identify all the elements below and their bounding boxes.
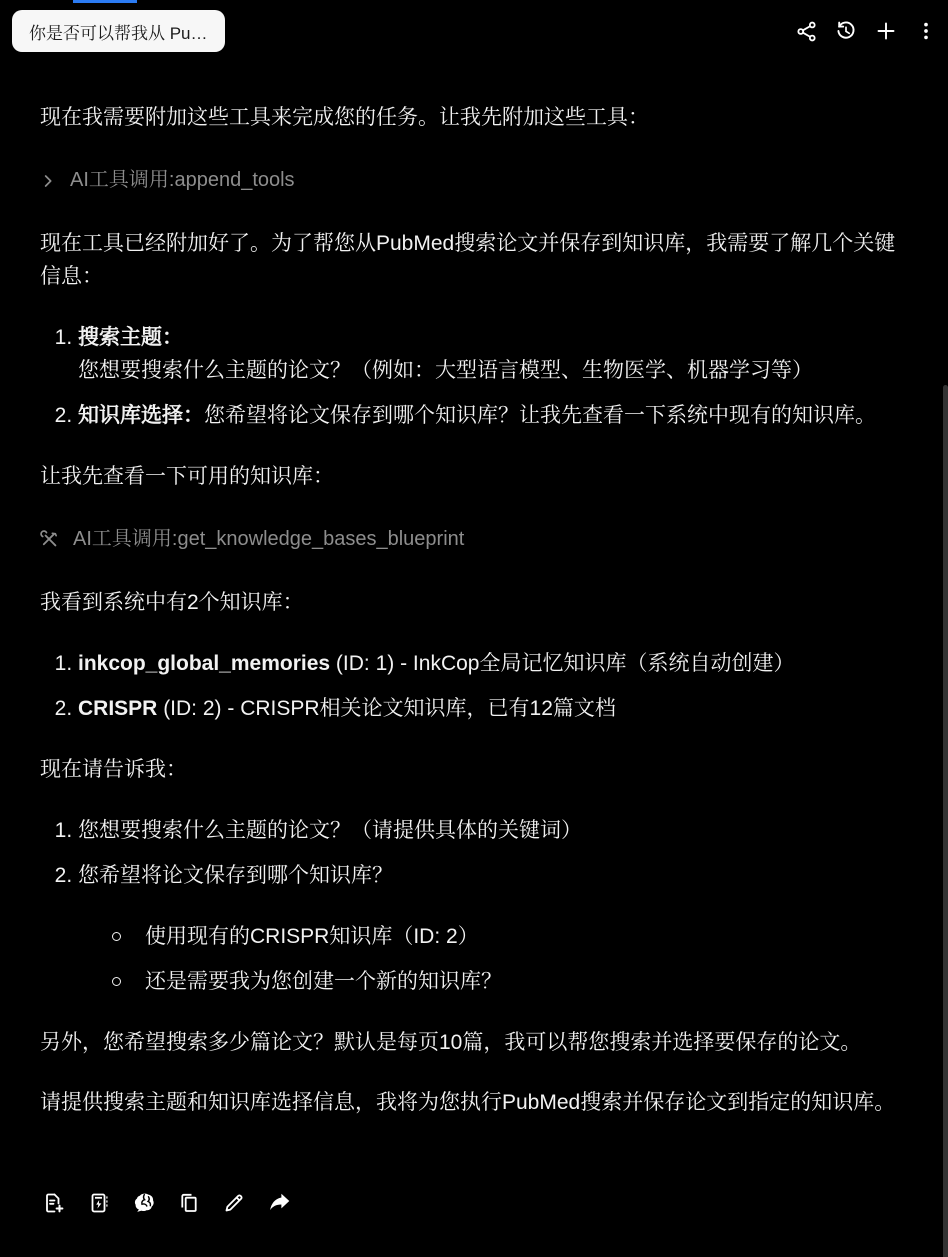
kb-name: CRISPR xyxy=(78,697,157,720)
list-item: CRISPR (ID: 2) - CRISPR相关论文知识库，已有12篇文档 xyxy=(78,692,908,725)
new-chat-button[interactable] xyxy=(872,17,900,45)
share-nodes-icon xyxy=(795,20,818,43)
top-accent-bar xyxy=(73,0,137,3)
tool-call-label: AI工具调用:get_knowledge_bases_blueprint xyxy=(73,523,464,556)
tool-call-append-tools[interactable]: AI工具调用:append_tools xyxy=(40,164,908,197)
list-item: inkcop_global_memories (ID: 1) - InkCop全… xyxy=(78,647,908,680)
list-item-text: 您希望将论文保存到哪个知识库？让我先查看一下系统中现有的知识库。 xyxy=(204,404,876,427)
plus-icon xyxy=(874,19,898,43)
edit-pencil-icon xyxy=(222,1191,246,1218)
list-item-bold: 知识库选择： xyxy=(78,404,204,427)
edit-button[interactable] xyxy=(222,1192,246,1216)
paragraph-intro: 现在我需要附加这些工具来完成您的任务。让我先附加这些工具： xyxy=(40,101,908,134)
flash-notebook-icon xyxy=(87,1191,111,1218)
paragraph-check-available: 让我先查看一下可用的知识库： xyxy=(40,460,908,493)
list-item-bold: 搜索主题： xyxy=(78,326,183,349)
list-item: 还是需要我为您创建一个新的知识库？ xyxy=(112,965,908,998)
more-menu-button[interactable] xyxy=(912,17,940,45)
add-note-icon xyxy=(42,1191,66,1218)
forward-button[interactable] xyxy=(267,1192,291,1216)
message-actions-toolbar xyxy=(42,1192,291,1216)
scrollbar-thumb[interactable] xyxy=(943,385,948,1257)
paragraph-how-many: 另外，您希望搜索多少篇论文？默认是每页10篇，我可以帮您搜索并选择要保存的论文。 xyxy=(40,1026,908,1059)
question-list: 您想要搜索什么主题的论文？（请提供具体的关键词） 您希望将论文保存到哪个知识库？ xyxy=(40,814,908,892)
header-actions xyxy=(792,17,940,45)
user-prompt-chip-label: 你是否可以帮我从 Pu… xyxy=(29,19,208,44)
brain-icon xyxy=(132,1190,157,1218)
user-prompt-chip[interactable]: 你是否可以帮我从 Pu… xyxy=(12,10,225,52)
key-info-list: 搜索主题：您想要搜索什么主题的论文？（例如：大型语言模型、生物医学、机器学习等）… xyxy=(40,321,908,432)
list-item-text: 您想要搜索什么主题的论文？（例如：大型语言模型、生物医学、机器学习等） xyxy=(78,359,813,382)
copy-icon xyxy=(177,1191,201,1218)
paragraph-final: 请提供搜索主题和知识库选择信息，我将为您执行PubMed搜索并保存论文到指定的知… xyxy=(40,1086,908,1119)
chevron-right-icon xyxy=(40,173,56,189)
tool-call-get-knowledge-bases[interactable]: AI工具调用:get_knowledge_bases_blueprint xyxy=(40,523,908,556)
list-item: 您想要搜索什么主题的论文？（请提供具体的关键词） xyxy=(78,814,908,847)
kb-description: (ID: 1) - InkCop全局记忆知识库（系统自动创建） xyxy=(330,652,794,675)
forward-share-icon xyxy=(267,1190,292,1218)
kebab-menu-icon xyxy=(915,20,937,42)
list-item: 您希望将论文保存到哪个知识库？ xyxy=(78,859,908,892)
history-button[interactable] xyxy=(832,17,860,45)
add-note-button[interactable] xyxy=(42,1192,66,1216)
paragraph-found-kb: 我看到系统中有2个知识库： xyxy=(40,586,908,619)
kb-description: (ID: 2) - CRISPR相关论文知识库，已有12篇文档 xyxy=(157,697,616,720)
header: 你是否可以帮我从 Pu… xyxy=(0,0,948,62)
history-icon xyxy=(834,19,858,43)
list-item: 使用现有的CRISPR知识库（ID: 2） xyxy=(112,920,908,953)
paragraph-attached: 现在工具已经附加好了。为了帮您从PubMed搜索论文并保存到知识库，我需要了解几… xyxy=(40,227,908,293)
brain-button[interactable] xyxy=(132,1192,156,1216)
paragraph-tell-me: 现在请告诉我： xyxy=(40,753,908,786)
kb-name: inkcop_global_memories xyxy=(78,652,330,675)
copy-button[interactable] xyxy=(177,1192,201,1216)
knowledge-base-list: inkcop_global_memories (ID: 1) - InkCop全… xyxy=(40,647,908,725)
share-button[interactable] xyxy=(792,17,820,45)
flash-notebook-button[interactable] xyxy=(87,1192,111,1216)
tool-call-label: AI工具调用:append_tools xyxy=(70,164,295,197)
tools-icon xyxy=(40,530,59,549)
list-item: 搜索主题：您想要搜索什么主题的论文？（例如：大型语言模型、生物医学、机器学习等） xyxy=(78,321,908,387)
assistant-message: 现在我需要附加这些工具来完成您的任务。让我先附加这些工具： AI工具调用:app… xyxy=(0,62,948,1119)
list-item: 知识库选择：您希望将论文保存到哪个知识库？让我先查看一下系统中现有的知识库。 xyxy=(78,399,908,432)
kb-option-list: 使用现有的CRISPR知识库（ID: 2） 还是需要我为您创建一个新的知识库？ xyxy=(112,920,908,998)
